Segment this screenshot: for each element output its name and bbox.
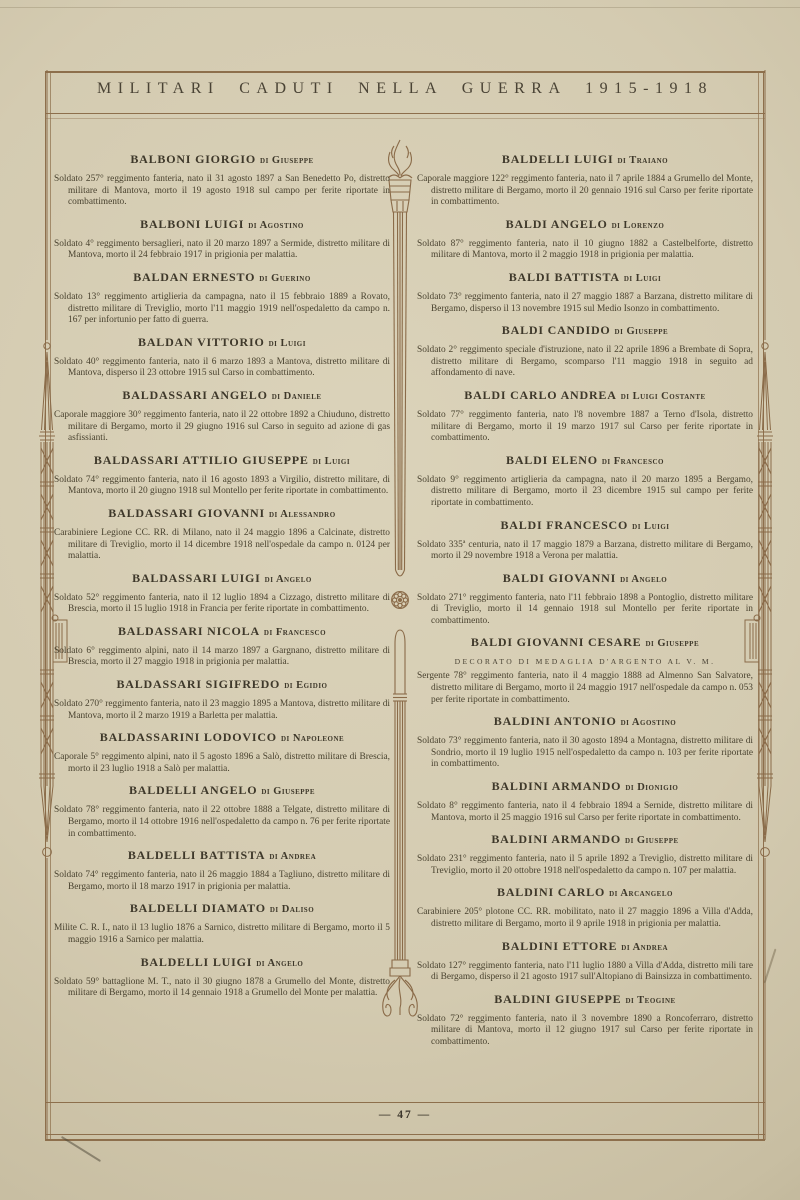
entry-father-name: di Egidio	[284, 680, 327, 691]
entry-name: BALDASSARI NICOLA	[118, 624, 260, 638]
entry-father-name: di Giuseppe	[645, 638, 699, 649]
entry-heading: BALDASSARI NICOLA di Francesco	[54, 624, 390, 640]
footer-rule-bottom	[45, 1134, 765, 1135]
frame-rule-top	[45, 71, 765, 73]
entry-biography: Soldato 77° reggimento fanteria, nato l'…	[417, 410, 753, 445]
entry-name: BALDASSARI ATTILIO GIUSEPPE	[94, 453, 309, 467]
entry-biography: Caporale 5° reggimento alpini, nato il 5…	[54, 752, 390, 775]
entry-heading: BALDELLI ANGELO di Giuseppe	[54, 783, 390, 799]
entry-heading: BALBONI LUIGI di Agostino	[54, 217, 390, 233]
entry-name: BALDINI CARLO	[497, 885, 605, 899]
footer-rule-top	[45, 1102, 765, 1103]
fallen-soldier-entry: BALDI GIOVANNI di Angelo Soldato 271° re…	[417, 571, 753, 628]
page-number: — 47 —	[45, 1109, 765, 1121]
fallen-soldier-entry: BALDELLI LUIGI di Traiano Caporale maggi…	[417, 152, 753, 209]
entry-biography: Soldato 127° reggimento fanteria, nato l…	[417, 961, 753, 984]
entry-father-name: di Guerino	[259, 273, 311, 284]
entry-biography: Soldato 87° reggimento fanteria, nato il…	[417, 239, 753, 262]
fallen-soldier-entry: BALDASSARI LUIGI di Angelo Soldato 52° r…	[54, 571, 390, 616]
entry-heading: BALDASSARI ANGELO di Daniele	[54, 388, 390, 404]
entry-name: BALDAN VITTORIO	[138, 335, 265, 349]
entry-father-name: di Angelo	[265, 574, 312, 585]
entry-biography: Soldato 271° reggimento fanteria, nato l…	[417, 593, 753, 628]
entry-father-name: di Daniele	[272, 391, 322, 402]
fallen-soldier-entry: BALDINI ARMANDO di Dionigio Soldato 8° r…	[417, 779, 753, 824]
entry-biography: Soldato 231° reggimento fanteria, nato i…	[417, 854, 753, 877]
entry-father-name: di Angelo	[256, 958, 303, 969]
entry-father-name: di Luigi	[624, 273, 661, 284]
entry-biography: Soldato 9° reggimento artiglieria da cam…	[417, 475, 753, 510]
fallen-soldier-entry: BALDINI GIUSEPPE di Teogine Soldato 72° …	[417, 992, 753, 1049]
fallen-soldier-entry: BALDASSARINI LODOVICO di Napoleone Capor…	[54, 730, 390, 775]
entry-heading: BALDI CARLO ANDREA di Luigi Costante	[417, 388, 753, 404]
fallen-soldier-entry: BALDI CANDIDO di Giuseppe Soldato 2° reg…	[417, 323, 753, 380]
entry-biography: Sergente 78° reggimento fanteria, nato i…	[417, 671, 753, 706]
entry-name: BALDASSARINI LODOVICO	[100, 730, 277, 744]
entry-heading: BALDINI ARMANDO di Dionigio	[417, 779, 753, 795]
entry-heading: BALDELLI BATTISTA di Andrea	[54, 848, 390, 864]
entry-name: BALDI ANGELO	[506, 217, 608, 231]
fallen-soldier-entry: BALDASSARI GIOVANNI di Alessandro Carabi…	[54, 506, 390, 563]
entry-father-name: di Traiano	[617, 155, 668, 166]
fallen-soldier-entry: BALDAN ERNESTO di Guerino Soldato 13° re…	[54, 270, 390, 327]
entry-heading: BALDASSARINI LODOVICO di Napoleone	[54, 730, 390, 746]
entry-biography: Soldato 74° reggimento fanteria, nato il…	[54, 870, 390, 893]
entry-name: BALDINI ETTORE	[502, 939, 617, 953]
fallen-soldier-entry: BALDINI ETTORE di Andrea Soldato 127° re…	[417, 939, 753, 984]
entry-heading: BALDINI ARMANDO di Giuseppe	[417, 832, 753, 848]
entry-heading: BALDI GIOVANNI CESARE di Giuseppe	[417, 635, 753, 651]
entry-heading: BALDI BATTISTA di Luigi	[417, 270, 753, 286]
entry-heading: BALDASSARI GIOVANNI di Alessandro	[54, 506, 390, 522]
entry-biography: Soldato 73° reggimento fanteria, nato il…	[417, 292, 753, 315]
entry-biography: Soldato 72° reggimento fanteria, nato il…	[417, 1014, 753, 1049]
page-title: MILITARI CADUTI NELLA GUERRA 1915-1918	[45, 80, 765, 98]
entry-heading: BALDINI GIUSEPPE di Teogine	[417, 992, 753, 1008]
entry-heading: BALDAN VITTORIO di Luigi	[54, 335, 390, 351]
fallen-soldier-entry: BALDI GIOVANNI CESARE di Giuseppe DECORA…	[417, 635, 753, 706]
entry-biography: Soldato 2° reggimento speciale d'istruzi…	[417, 345, 753, 380]
entry-father-name: di Lorenzo	[612, 220, 665, 231]
entry-father-name: di Luigi	[269, 338, 306, 349]
fallen-soldier-entry: BALDI ANGELO di Lorenzo Soldato 87° regg…	[417, 217, 753, 262]
entry-father-name: di Francesco	[264, 627, 326, 638]
entry-father-name: di Agostino	[248, 220, 304, 231]
entry-heading: BALDINI ANTONIO di Agostino	[417, 714, 753, 730]
header-rule-bottom	[45, 113, 765, 114]
fallen-soldier-entry: BALBONI GIORGIO di Giuseppe Soldato 257°…	[54, 152, 390, 209]
entry-name: BALDELLI BATTISTA	[128, 848, 266, 862]
entry-father-name: di Arcangelo	[609, 888, 673, 899]
entry-heading: BALDAN ERNESTO di Guerino	[54, 270, 390, 286]
entry-name: BALDI CANDIDO	[502, 323, 611, 337]
entry-father-name: di Daliso	[270, 904, 314, 915]
fallen-soldier-entry: BALDELLI LUIGI di Angelo Soldato 59° bat…	[54, 955, 390, 1000]
entry-father-name: di Luigi Costante	[621, 391, 706, 402]
entry-heading: BALDI ANGELO di Lorenzo	[417, 217, 753, 233]
entry-biography: Soldato 78° reggimento fanteria, nato il…	[54, 805, 390, 840]
entry-biography: Caporale maggiore 30° reggimento fanteri…	[54, 410, 390, 445]
fallen-soldier-entry: BALDI ELENO di Francesco Soldato 9° regg…	[417, 453, 753, 510]
entry-name: BALDASSARI LUIGI	[132, 571, 261, 585]
entry-name: BALDINI GIUSEPPE	[494, 992, 621, 1006]
scanned-book-page: MILITARI CADUTI NELLA GUERRA 1915-1918	[0, 0, 800, 1200]
entry-name: BALDAN ERNESTO	[133, 270, 255, 284]
entry-name: BALDINI ANTONIO	[494, 714, 617, 728]
entry-heading: BALDINI ETTORE di Andrea	[417, 939, 753, 955]
fallen-soldier-entry: BALDINI ANTONIO di Agostino Soldato 73° …	[417, 714, 753, 771]
fallen-soldier-entry: BALDELLI ANGELO di Giuseppe Soldato 78° …	[54, 783, 390, 840]
fallen-soldier-entry: BALDASSARI NICOLA di Francesco Soldato 6…	[54, 624, 390, 669]
entry-biography: Caporale maggiore 122° reggimento fanter…	[417, 174, 753, 209]
entry-biography: Soldato 52° reggimento fanteria, nato il…	[54, 593, 390, 616]
fallen-soldier-entry: BALBONI LUIGI di Agostino Soldato 4° reg…	[54, 217, 390, 262]
entry-father-name: di Angelo	[620, 574, 667, 585]
fallen-soldier-entry: BALDI BATTISTA di Luigi Soldato 73° regg…	[417, 270, 753, 315]
entry-father-name: di Luigi	[632, 521, 669, 532]
entry-father-name: di Luigi	[313, 456, 350, 467]
entry-biography: Soldato 59° battaglione M. T., nato il 3…	[54, 977, 390, 1000]
entry-biography: Soldato 270° reggimento fanteria, nato i…	[54, 699, 390, 722]
entry-name: BALBONI LUIGI	[140, 217, 244, 231]
entry-father-name: di Andrea	[269, 851, 316, 862]
entry-name: BALDI GIOVANNI CESARE	[471, 635, 642, 649]
entry-heading: BALDASSARI LUIGI di Angelo	[54, 571, 390, 587]
entry-father-name: di Dionigio	[625, 782, 678, 793]
entry-father-name: di Napoleone	[281, 733, 344, 744]
entry-father-name: di Giuseppe	[625, 835, 679, 846]
entry-father-name: di Agostino	[621, 717, 677, 728]
entry-name: BALDI CARLO ANDREA	[464, 388, 616, 402]
entry-biography: Soldato 8° reggimento fanteria, nato il …	[417, 801, 753, 824]
entry-name: BALDELLI LUIGI	[141, 955, 253, 969]
entry-biography: Soldato 335ª centuria, nato il 17 maggio…	[417, 540, 753, 563]
entry-father-name: di Giuseppe	[261, 786, 315, 797]
entry-heading: BALDELLI LUIGI di Angelo	[54, 955, 390, 971]
entry-name: BALDELLI LUIGI	[502, 152, 614, 166]
entry-father-name: di Giuseppe	[260, 155, 314, 166]
entry-heading: BALDI CANDIDO di Giuseppe	[417, 323, 753, 339]
entry-heading: BALDASSARI ATTILIO GIUSEPPE di Luigi	[54, 453, 390, 469]
entry-heading: BALDELLI LUIGI di Traiano	[417, 152, 753, 168]
entry-biography: Milite C. R. I., nato il 13 luglio 1876 …	[54, 923, 390, 946]
entry-father-name: di Francesco	[602, 456, 664, 467]
frame-rule-bottom	[45, 1139, 765, 1141]
entry-heading: BALDINI CARLO di Arcangelo	[417, 885, 753, 901]
entry-biography: Soldato 40° reggimento fanteria, nato il…	[54, 357, 390, 380]
entry-biography: Soldato 4° reggimento bersaglieri, nato …	[54, 239, 390, 262]
entry-heading: BALDI ELENO di Francesco	[417, 453, 753, 469]
entry-father-name: di Alessandro	[269, 509, 336, 520]
column-left: BALBONI GIORGIO di Giuseppe Soldato 257°…	[54, 152, 390, 1008]
fallen-soldier-entry: BALDASSARI ANGELO di Daniele Caporale ma…	[54, 388, 390, 445]
entry-biography: Soldato 74° reggimento fanteria, nato il…	[54, 475, 390, 498]
page-edge-line	[0, 7, 800, 8]
entry-name: BALDI ELENO	[506, 453, 598, 467]
header-rule-bottom-faint	[45, 118, 765, 119]
entry-name: BALDI FRANCESCO	[500, 518, 628, 532]
entry-name: BALDASSARI ANGELO	[122, 388, 267, 402]
entry-name: BALDELLI ANGELO	[129, 783, 257, 797]
entry-name: BALDASSARI SIGIFREDO	[116, 677, 280, 691]
fallen-soldier-entry: BALDELLI BATTISTA di Andrea Soldato 74° …	[54, 848, 390, 893]
fallen-soldier-entry: BALDI CARLO ANDREA di Luigi Costante Sol…	[417, 388, 753, 445]
entry-biography: Soldato 73° reggimento fanteria, nato il…	[417, 736, 753, 771]
entry-heading: BALDI GIOVANNI di Angelo	[417, 571, 753, 587]
entry-biography: Carabiniere 205° plotone CC. RR. mobilit…	[417, 907, 753, 930]
entry-name: BALDI BATTISTA	[509, 270, 620, 284]
entry-father-name: di Giuseppe	[615, 326, 669, 337]
entry-heading: BALBONI GIORGIO di Giuseppe	[54, 152, 390, 168]
fallen-soldier-entry: BALDASSARI SIGIFREDO di Egidio Soldato 2…	[54, 677, 390, 722]
entry-name: BALDASSARI GIOVANNI	[108, 506, 265, 520]
fallen-soldier-entry: BALDI FRANCESCO di Luigi Soldato 335ª ce…	[417, 518, 753, 563]
entry-father-name: di Andrea	[621, 942, 668, 953]
column-right: BALDELLI LUIGI di Traiano Caporale maggi…	[417, 152, 753, 1057]
entry-biography: Carabiniere Legione CC. RR. di Milano, n…	[54, 528, 390, 563]
entry-name: BALDI GIOVANNI	[503, 571, 616, 585]
entry-biography: Soldato 13° reggimento artiglieria da ca…	[54, 292, 390, 327]
entry-name: BALDELLI DIAMATO	[130, 901, 266, 915]
entry-name: BALDINI ARMANDO	[491, 832, 621, 846]
entry-name: BALDINI ARMANDO	[492, 779, 622, 793]
entry-biography: Soldato 6° reggimento alpini, nato il 14…	[54, 646, 390, 669]
fallen-soldier-entry: BALDELLI DIAMATO di Daliso Milite C. R. …	[54, 901, 390, 946]
fallen-soldier-entry: BALDASSARI ATTILIO GIUSEPPE di Luigi Sol…	[54, 453, 390, 498]
fallen-soldier-entry: BALDINI ARMANDO di Giuseppe Soldato 231°…	[417, 832, 753, 877]
entry-heading: BALDELLI DIAMATO di Daliso	[54, 901, 390, 917]
fallen-soldier-entry: BALDINI CARLO di Arcangelo Carabiniere 2…	[417, 885, 753, 930]
entry-name: BALBONI GIORGIO	[130, 152, 256, 166]
entry-heading: BALDASSARI SIGIFREDO di Egidio	[54, 677, 390, 693]
fallen-soldier-entry: BALDAN VITTORIO di Luigi Soldato 40° reg…	[54, 335, 390, 380]
entry-biography: Soldato 257° reggimento fanteria, nato i…	[54, 174, 390, 209]
entry-heading: BALDI FRANCESCO di Luigi	[417, 518, 753, 534]
entry-father-name: di Teogine	[625, 995, 675, 1006]
medal-citation: DECORATO DI MEDAGLIA D'ARGENTO AL V. M.	[417, 657, 753, 667]
